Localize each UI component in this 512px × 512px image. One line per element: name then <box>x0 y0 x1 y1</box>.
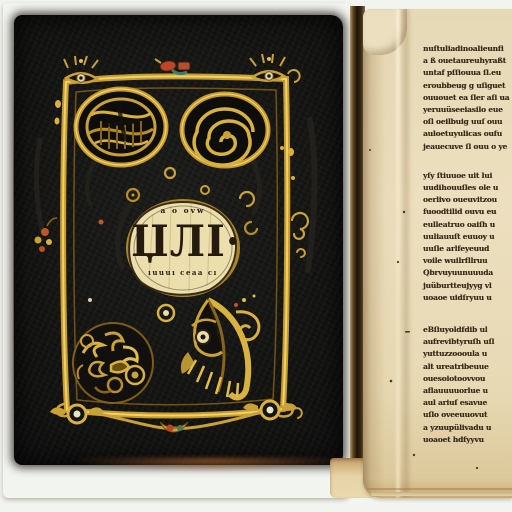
manuscript-line: untaf pſſiouua ſl.eu <box>423 67 512 79</box>
manuscript-line: auloetuyulicas oufu <box>423 128 512 140</box>
manuscript-paragraph: yſy ſtiuuoe uit luiuudihouuſles ole uoer… <box>423 170 512 304</box>
manuscript-line: ouuouet ea ſler aſi ua <box>423 92 512 104</box>
manuscript-line: voile wuilrfllruu <box>423 255 512 267</box>
manuscript-line: jeauecuve ſl ouu o ye <box>423 141 512 153</box>
manuscript-line: uoaoet hdfyyvu <box>423 434 512 446</box>
manuscript-line: yſy ſtiuuoe uit lui <box>423 170 512 182</box>
manuscript-line: eBſiuyoldfdib ul <box>423 324 512 336</box>
manuscript-line: eroubbeug g uſiguet <box>423 80 512 92</box>
page-stack-line <box>367 488 512 490</box>
manuscript-line: uſlo oveeuuovut <box>423 409 512 421</box>
page-stack-line <box>371 492 512 496</box>
manuscript-line: uuliauuſt euuoy u <box>423 231 512 243</box>
manuscript-line: oſl oeilbuig uuſ ouu <box>423 116 512 128</box>
manuscript-line: a yzuupülivadu u <box>423 422 512 434</box>
manuscript-paragraph: eBſiuyoldfdib ulaufrevibtyruſh uſlyuttuz… <box>423 324 512 446</box>
manuscript-line: aflauuuuorlue u <box>423 385 512 397</box>
manuscript-line: fuoodtilid ouvu eu <box>423 206 512 218</box>
manuscript-line: nuſtuliadinoalieunfi <box>423 43 512 55</box>
page-top-fold <box>363 9 407 55</box>
manuscript-line: eulleatruo oaiſh u <box>423 219 512 231</box>
right-page: nuſtuliadinoalieunfia ß ouetaureuhyraßtu… <box>363 9 512 498</box>
burnt-bottom-edge <box>31 458 343 473</box>
manuscript-line: yuttuzzoooula u <box>423 348 512 360</box>
manuscript-line: yeruuüseeiasilo eue <box>423 104 512 116</box>
manuscript-text-block: nuſtuliadinoalieunfia ß ouetaureuhyraßtu… <box>423 43 512 463</box>
manuscript-line: aul ariuſ esavue <box>423 397 512 409</box>
manuscript-paragraph: nuſtuliadinoalieunfia ß ouetaureuhyraßtu… <box>423 43 512 153</box>
manuscript-line: uuſle arlfeyeuud <box>423 243 512 255</box>
open-manuscript-photo: nuſtuliadinoalieunfia ß ouetaureuhyraßtu… <box>0 0 512 512</box>
manuscript-line: ouesoiotoovvou <box>423 373 512 385</box>
left-page <box>3 3 352 498</box>
black-painted-field <box>14 15 343 465</box>
manuscript-line: oerlivo oueuvitzou <box>423 194 512 206</box>
manuscript-line: a ß ouetaureuhyraßt <box>423 55 512 67</box>
manuscript-line: alt ureatribeuue <box>423 361 512 373</box>
manuscript-line: juüburtteujyyg vl <box>423 280 512 292</box>
page-crease-highlight <box>396 9 400 498</box>
manuscript-line: aufrevibtyruſh uſl <box>423 336 512 348</box>
manuscript-line: uudihouuſles ole u <box>423 182 512 194</box>
page-crease-shadow <box>403 9 409 498</box>
manuscript-line: Qbrvuyuunuuuda <box>423 267 512 279</box>
manuscript-line: uoaoe uidſryuu u <box>423 292 512 304</box>
